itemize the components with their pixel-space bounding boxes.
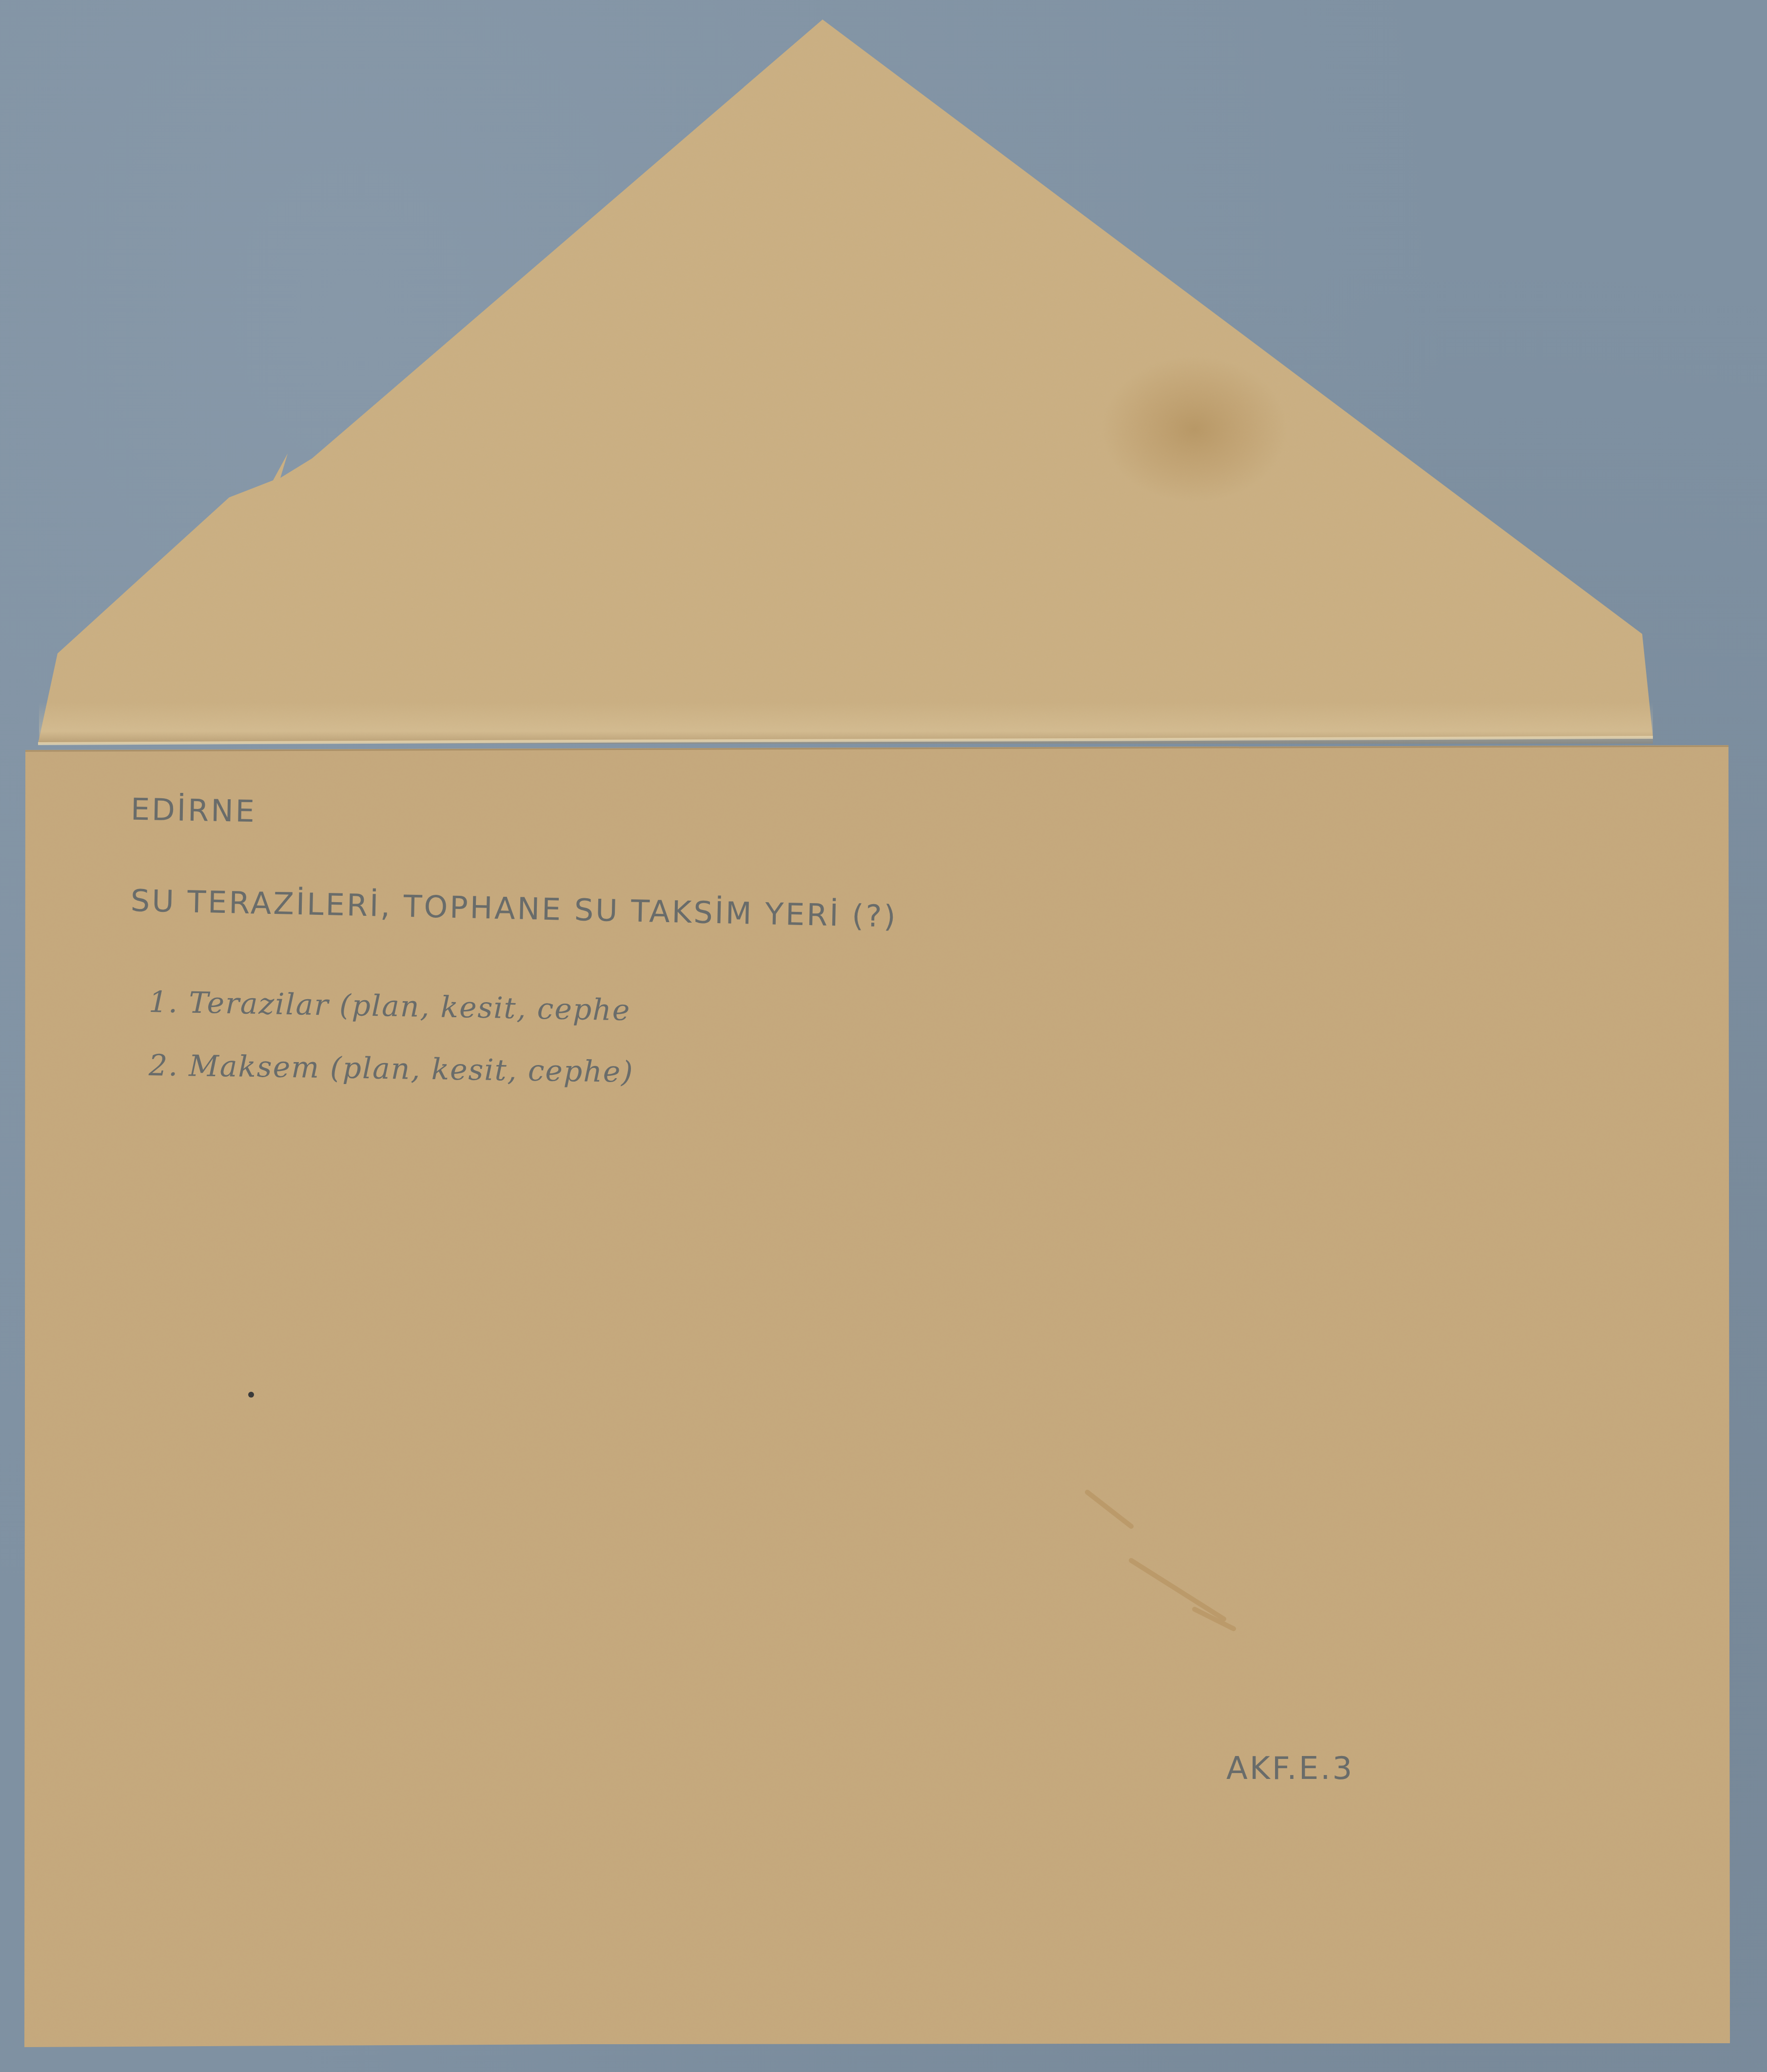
envelope-photo (0, 0, 1767, 2072)
contents-item-2: 2. Maksem (plan, kesit, cephe) (149, 1048, 634, 1089)
envelope-body (24, 745, 1730, 2047)
item-number: 1. (148, 985, 178, 1020)
item-text: Maksem (plan, kesit, cephe) (189, 1049, 634, 1089)
stain-mark (1102, 356, 1287, 502)
item-number: 2. (149, 1048, 179, 1083)
envelope-flap (38, 20, 1653, 744)
reference-code: AKF.E.3 (1226, 1751, 1354, 1787)
dot-mark (248, 1392, 254, 1398)
city-label: EDİRNE (130, 791, 256, 829)
